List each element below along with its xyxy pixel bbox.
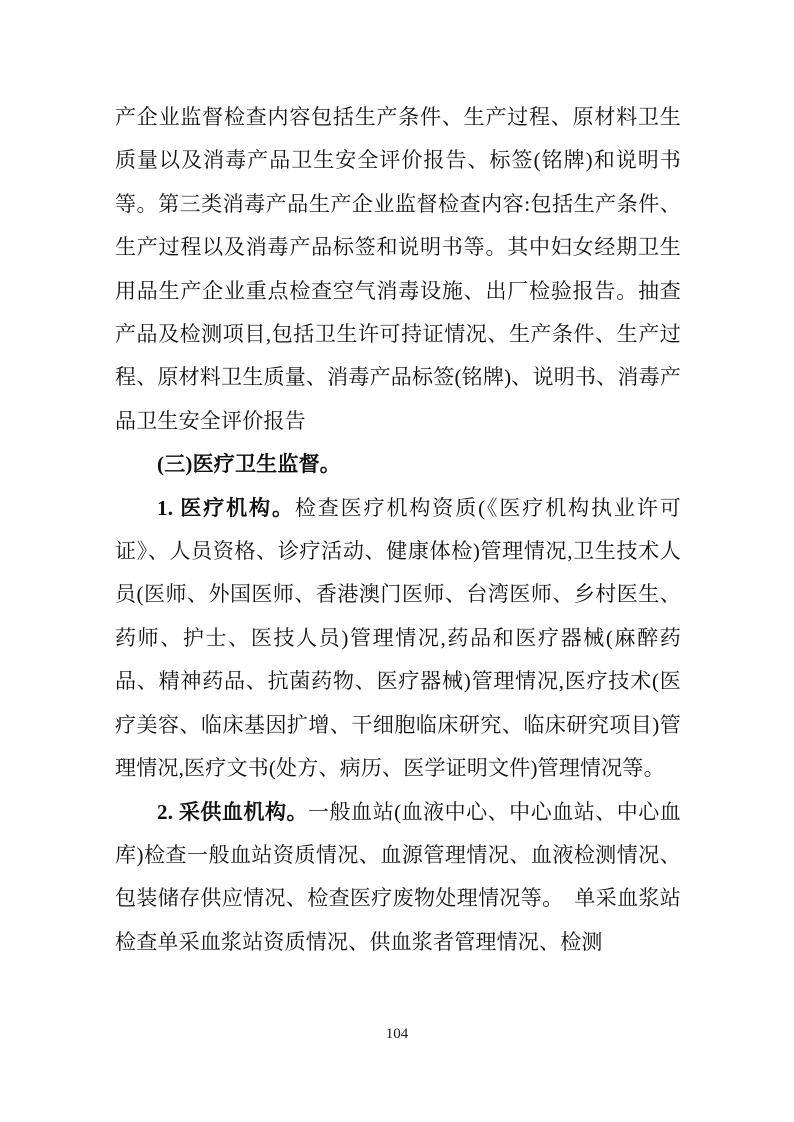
item-lead-medical-institutions: 1. 医疗机构。	[157, 496, 295, 520]
item-text-medical-institutions: 检查医疗机构资质(《医疗机构执业许可证》、人员资格、诊疗活动、健康体检)管理情况…	[115, 496, 681, 780]
paragraph-medical-institutions: 1. 医疗机构。检查医疗机构资质(《医疗机构执业许可证》、人员资格、诊疗活动、健…	[115, 487, 681, 791]
paragraph-disinfection-products: 产企业监督检查内容包括生产条件、生产过程、原材料卫生质量以及消毒产品卫生安全评价…	[115, 96, 681, 443]
item-lead-blood-collection: 2. 采供血机构。	[157, 800, 308, 824]
section-heading-medical-health-supervision: (三)医疗卫生监督。	[115, 443, 681, 486]
document-page: 产企业监督检查内容包括生产条件、生产过程、原材料卫生质量以及消毒产品卫生安全评价…	[0, 0, 794, 1122]
paragraph-blood-collection-institutions: 2. 采供血机构。一般血站(血液中心、中心血站、中心血库)检查一般血站资质情况、…	[115, 791, 681, 965]
document-body: 产企业监督检查内容包括生产条件、生产过程、原材料卫生质量以及消毒产品卫生安全评价…	[115, 96, 681, 964]
page-number: 104	[0, 1024, 794, 1044]
